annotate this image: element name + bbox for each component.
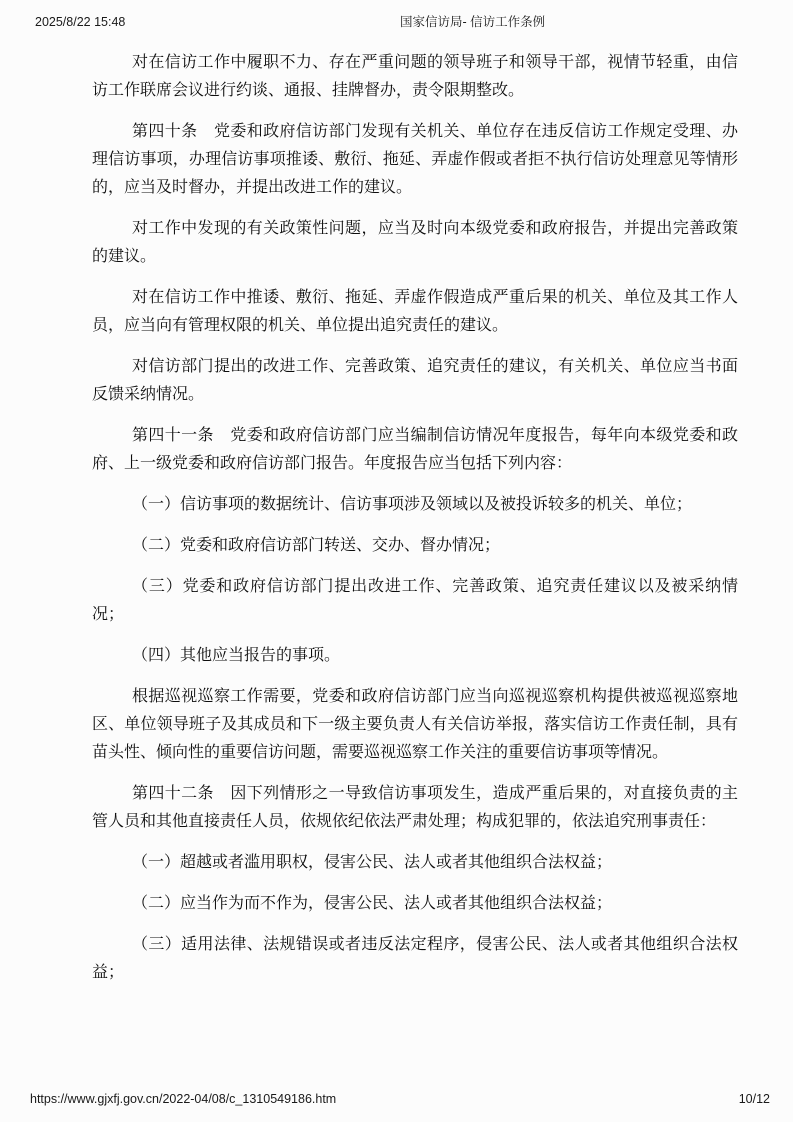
document-list-item-2: （二）党委和政府信访部门转送、交办、督办情况； [92,532,738,560]
document-paragraph: 对在信访工作中推诿、敷衍、拖延、弄虚作假造成严重后果的机关、单位及其工作人员，应… [92,284,738,340]
document-paragraph-article-40: 第四十条 党委和政府信访部门发现有关机关、单位存在违反信访工作规定受理、办理信访… [92,118,738,202]
document-list-item-4: （四）其他应当报告的事项。 [92,642,738,670]
print-header-datetime: 2025/8/22 15:48 [35,15,125,29]
document-list-item-2: （二）应当作为而不作为，侵害公民、法人或者其他组织合法权益； [92,890,738,918]
document-paragraph-article-41: 第四十一条 党委和政府信访部门应当编制信访情况年度报告，每年向本级党委和政府、上… [92,422,738,478]
print-footer-url: https://www.gjxfj.gov.cn/2022-04/08/c_13… [30,1092,336,1106]
document-paragraph: 对工作中发现的有关政策性问题，应当及时向本级党委和政府报告，并提出完善政策的建议… [92,215,738,271]
document-list-item-1: （一）超越或者滥用职权，侵害公民、法人或者其他组织合法权益； [92,849,738,877]
print-header-title: 国家信访局- 信访工作条例 [400,15,545,29]
print-footer-page-number: 10/12 [739,1092,770,1106]
document-list-item-3: （三）党委和政府信访部门提出改进工作、完善政策、追究责任建议以及被采纳情况； [92,573,738,629]
document-list-item-3: （三）适用法律、法规错误或者违反法定程序，侵害公民、法人或者其他组织合法权益； [92,931,738,987]
document-paragraph: 对在信访工作中履职不力、存在严重问题的领导班子和领导干部，视情节轻重，由信访工作… [92,49,738,105]
print-preview-page: 2025/8/22 15:48 国家信访局- 信访工作条例 对在信访工作中履职不… [0,0,793,1122]
document-list-item-1: （一）信访事项的数据统计、信访事项涉及领域以及被投诉较多的机关、单位； [92,491,738,519]
document-paragraph-article-42: 第四十二条 因下列情形之一导致信访事项发生，造成严重后果的，对直接负责的主管人员… [92,780,738,836]
document-paragraph: 根据巡视巡察工作需要，党委和政府信访部门应当向巡视巡察机构提供被巡视巡察地区、单… [92,683,738,767]
document-body: 对在信访工作中履职不力、存在严重问题的领导班子和领导干部，视情节轻重，由信访工作… [92,49,738,1000]
document-paragraph: 对信访部门提出的改进工作、完善政策、追究责任的建议，有关机关、单位应当书面反馈采… [92,353,738,409]
